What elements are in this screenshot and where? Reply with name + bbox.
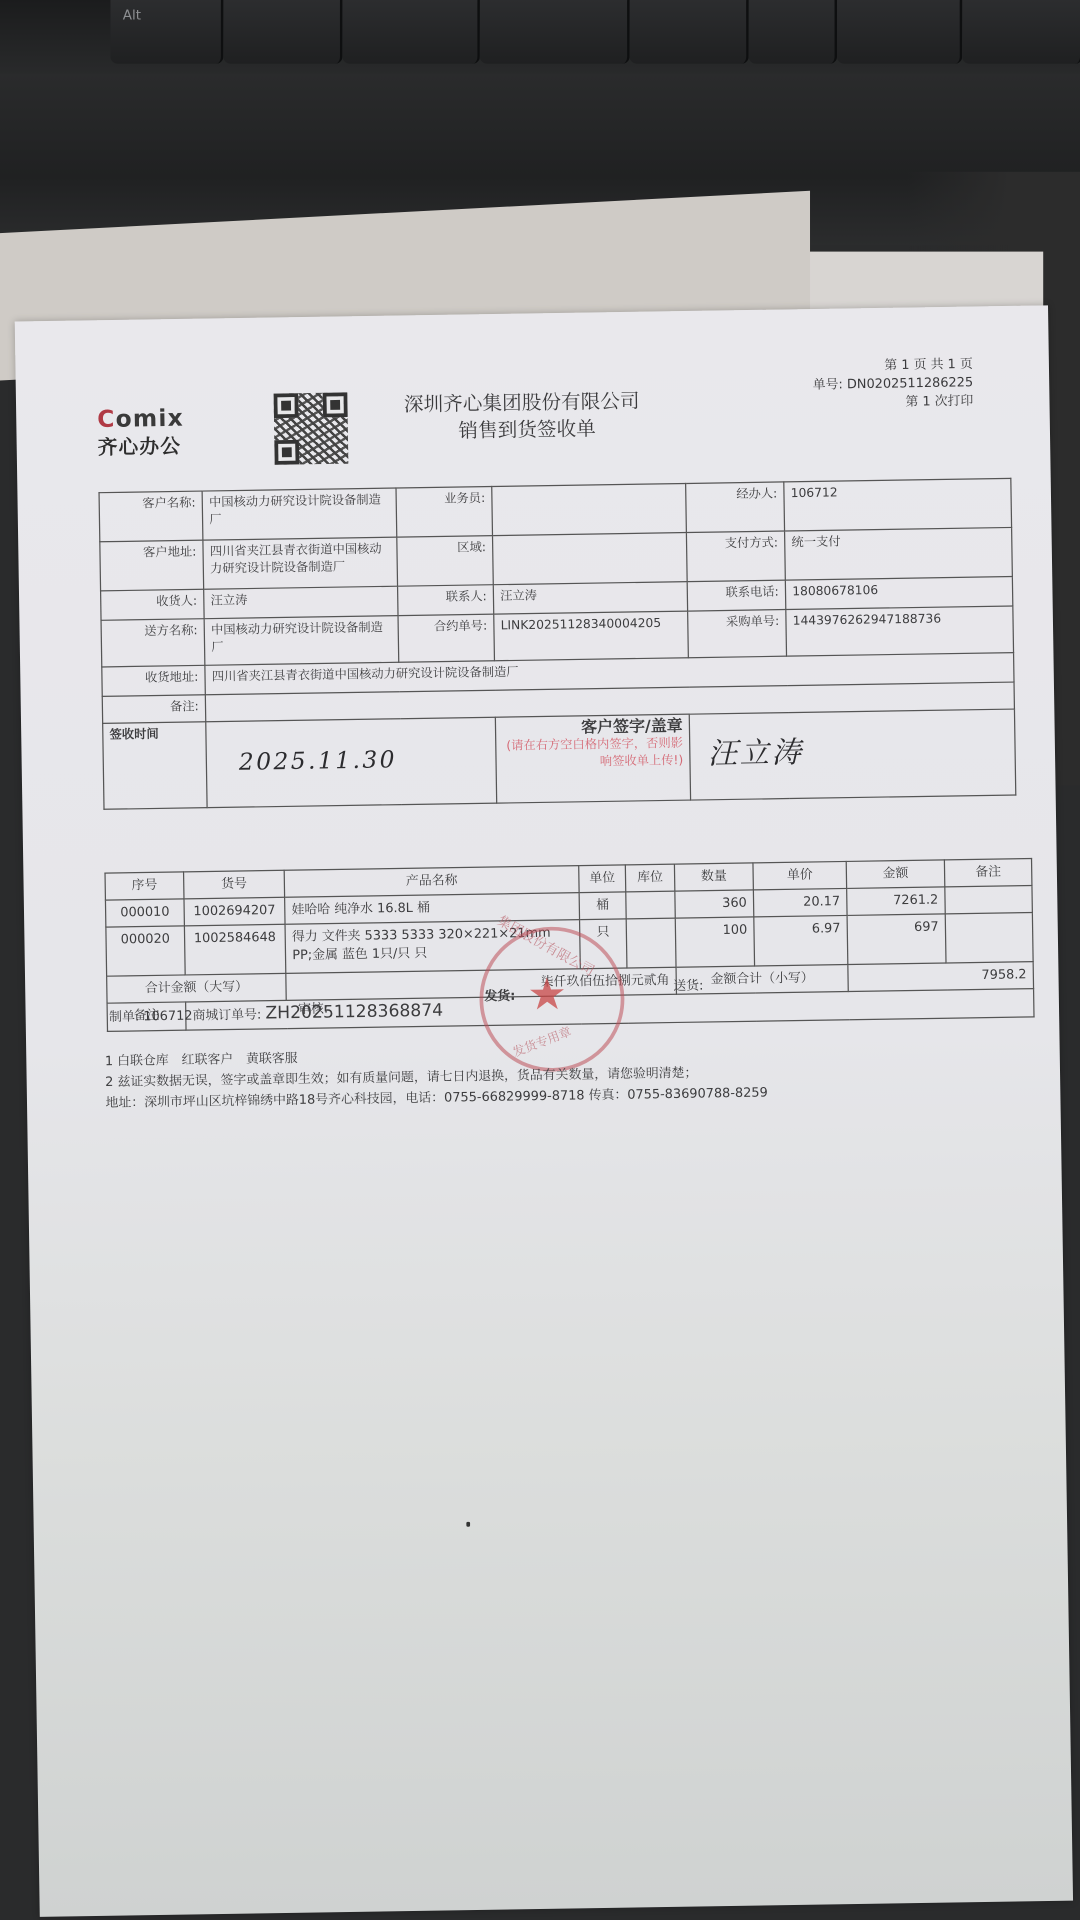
company-name: 深圳齐心集团股份有限公司 [404,385,640,417]
handler: 106712 [784,478,1012,531]
customer-address-label: 客户地址: [100,540,204,591]
star-icon: ★ [527,970,567,1021]
keyboard-key [223,0,342,64]
payment: 统一支付 [785,527,1013,580]
region-label: 区域: [397,536,493,587]
amount: 697 [847,914,946,965]
qty: 100 [675,917,754,967]
deliver-label: 送货: [673,976,703,995]
keyboard-key [342,0,479,64]
keyboard-key [962,0,1080,64]
col-header: 单位 [579,865,626,893]
document-title: 销售到货签收单 [458,413,596,443]
location [626,918,676,968]
seq: 000010 [105,899,184,927]
ship-to-label: 送方名称: [101,619,205,667]
price: 20.17 [753,888,847,916]
footer-line-1: 1 白联仓库 红联客户 黄联客服 [105,1049,298,1070]
document-meta: 第 1 页 共 1 页 单号: DN0202511286225 第 1 次打印 [812,356,973,414]
stamp-subtext: 发货专用章 [510,1021,574,1060]
remark-label: 备注: [102,695,206,724]
contact: 汪立涛 [493,582,687,614]
maker: 制单: 106712 [109,1006,193,1026]
contact-label: 联系人: [398,585,494,616]
salesperson-label: 业务员: [396,487,492,538]
col-header: 库位 [625,864,675,892]
receiver: 汪立涛 [204,586,398,618]
review-label: 审核: [298,999,328,1018]
total-lower: 7958.2 [848,962,1034,992]
amount: 7261.2 [847,887,946,916]
price: 6.97 [754,915,848,966]
customer-name-label: 客户名称: [99,491,203,542]
signature-field[interactable]: 汪立涛 [689,709,1016,800]
keyboard-key [749,0,837,64]
key-label: Alt [123,7,141,23]
purchase-label: 采购单号: [688,610,787,658]
signature-prompt: 客户签字/盖章 (请在右方空白格内签字，否则影响签收单上传!) [495,714,690,803]
sign-time-label: 签收时间 [103,722,207,810]
region [493,533,688,585]
signature-note: (请在右方空白格内签字，否则影响签收单上传!) [502,736,683,773]
total-upper-label: 合计金额（大写） [107,973,287,1003]
delivery-receipt-sheet: Comix 齐心办公 深圳齐心集团股份有限公司 销售到货签收单 第 1 页 共 … [15,305,1073,1917]
row-remark [945,913,1033,963]
row-remark [945,886,1033,914]
company-stamp: 集团股份有限公司 ★ 发货专用章 [478,926,625,1073]
sign-time: 2025.11.30 [206,717,497,807]
qty: 360 [675,890,754,918]
customer-name: 中国核动力研究设计院设备制造厂 [202,488,397,540]
handler-label: 经办人: [686,482,785,533]
col-header: 单价 [753,861,847,889]
phone-label: 联系电话: [687,580,786,611]
contract-no: LINK20251128340004205 [494,611,689,661]
purchase-no: 1443976262947188736 [786,606,1014,656]
ship-to: 中国核动力研究设计院设备制造厂 [204,616,399,666]
qr-code-icon [274,392,349,464]
keyboard-key [837,0,962,64]
keyboard-key [480,0,630,64]
payment-label: 支付方式: [686,531,785,582]
location [626,891,676,919]
print-count: 第 1 次打印 [813,392,974,413]
receiver-label: 收货人: [101,589,205,620]
phone: 18080678106 [785,577,1012,610]
contract-label: 合约单号: [398,614,494,662]
col-header: 序号 [105,872,184,900]
customer-info-table: 客户名称: 中国核动力研究设计院设备制造厂 业务员: 经办人: 106712 客… [98,478,1016,810]
sku: 1002584648 [184,924,285,975]
keyboard-key: Alt [110,0,223,64]
salesperson [492,483,687,535]
customer-address: 四川省夹江县青衣街道中国核动力研究设计院设备制造厂 [203,537,398,589]
seq: 000020 [106,926,185,976]
paper-speck [466,1522,470,1527]
sku: 1002694207 [184,897,285,926]
photo-scene: Alt Comix 齐心办公 深圳齐心集团股份有限公司 销售到货签收单 第 1 … [0,0,1080,1920]
col-header: 备注 [944,859,1032,887]
unit: 桶 [579,892,626,920]
comix-logo: Comix [97,405,184,433]
col-header: 数量 [674,863,753,891]
keyboard-key [630,0,749,64]
logo-cn: 齐心办公 [97,431,181,461]
col-header: 金额 [846,860,945,889]
delivery-address-label: 收货地址: [102,665,206,696]
col-header: 货号 [184,870,285,899]
